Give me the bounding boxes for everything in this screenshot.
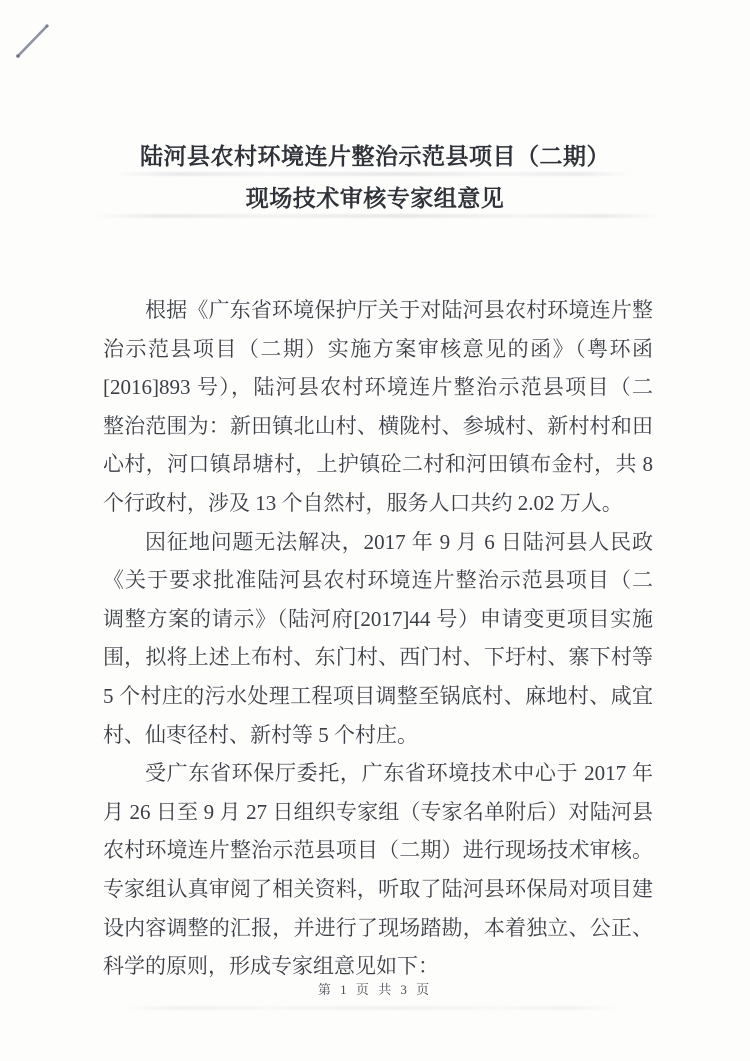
body-text-line: 个行政村，涉及 13 个自然村，服务人口共约 2.02 万人。 <box>103 484 653 523</box>
body-text-line: 心村，河口镇昂塘村，上护镇砼二村和河田镇布金村，共 8 <box>103 445 653 484</box>
body-text-line: 受广东省环保厅委托，广东省环境技术中心于 2017 年 9 <box>103 754 653 793</box>
body-text-line: [2016]893 号），陆河县农村环境连片整治示范县项目（二期） <box>103 368 653 407</box>
body-text-line: 农村环境连片整治示范县项目（二期）进行现场技术审核。 <box>103 831 653 870</box>
body-text-line: 治示范县项目（二期）实施方案审核意见的函》（粤环函 <box>103 330 653 369</box>
body-text-line: 专家组认真审阅了相关资料，听取了陆河县环保局对项目建 <box>103 870 653 909</box>
scan-smudge <box>120 1006 620 1010</box>
body-text-line: 调整方案的请示》（陆河府[2017]44 号）申请变更项目实施范 <box>103 600 653 639</box>
body-text-line: 整治范围为：新田镇北山村、横陇村、参城村、新村村和田 <box>103 407 653 446</box>
document-title-line-1: 陆河县农村环境连片整治示范县项目（二期） <box>0 136 750 178</box>
body-text-line: 《关于要求批准陆河县农村环境连片整治示范县项目（二期） <box>103 561 653 600</box>
document-title-line-2: 现场技术审核专家组意见 <box>0 178 750 220</box>
body-text-line: 设内容调整的汇报，并进行了现场踏勘，本着独立、公正、 <box>103 909 653 948</box>
document-page: 陆河县农村环境连片整治示范县项目（二期） 现场技术审核专家组意见 根据《广东省环… <box>0 0 750 1061</box>
page-number-footer: 第 1 页 共 3 页 <box>0 979 750 998</box>
pen-slash-mark <box>10 18 58 66</box>
body-text-line: 月 26 日至 9 月 27 日组织专家组（专家名单附后）对陆河县 <box>103 793 653 832</box>
body-text-line: 因征地问题无法解决，2017 年 9 月 6 日陆河县人民政府 <box>103 523 653 562</box>
body-text-line: 村、仙枣径村、新村等 5 个村庄。 <box>103 716 653 755</box>
document-body: 根据《广东省环境保护厅关于对陆河县农村环境连片整 治示范县项目（二期）实施方案审… <box>103 291 653 986</box>
document-title: 陆河县农村环境连片整治示范县项目（二期） 现场技术审核专家组意见 <box>0 136 750 220</box>
body-text-line: 根据《广东省环境保护厅关于对陆河县农村环境连片整 <box>103 291 653 330</box>
body-text-line: 围，拟将上述上布村、东门村、西门村、下圩村、寨下村等 <box>103 638 653 677</box>
body-text-line: 5 个村庄的污水处理工程项目调整至锅底村、麻地村、咸宜 <box>103 677 653 716</box>
